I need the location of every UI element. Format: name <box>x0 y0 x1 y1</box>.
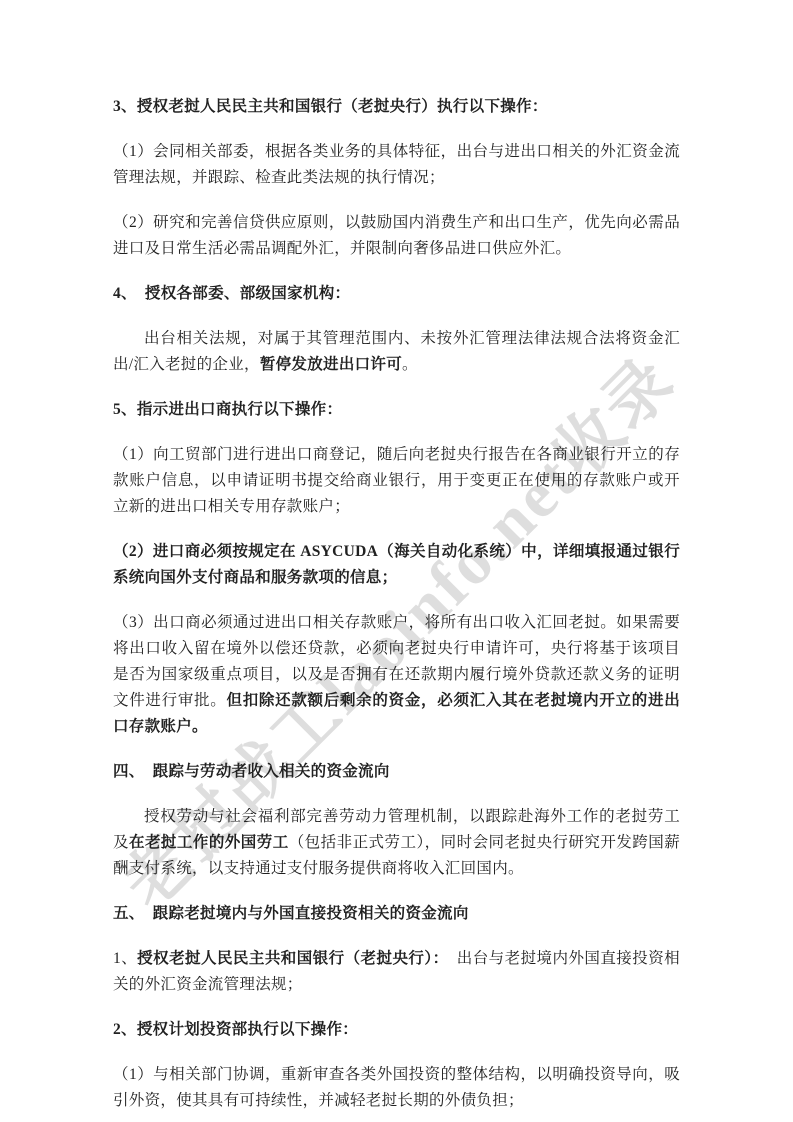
paragraph: （2）研究和完善信贷供应原则，以鼓励国内消费生产和出口生产，优先向必需品进口及日… <box>113 210 680 262</box>
text-run: 五、 跟踪老挝境内与外国直接投资相关的资金流向 <box>113 905 469 922</box>
text-run: （1）会同相关部委，根据各类业务的具体特征，出台与进出口相关的外汇资金流管理法规… <box>113 143 680 186</box>
document-page: 老挝战工laoinfo.net收录 3、授权老挝人民民主共和国银行（老挝央行）执… <box>0 0 793 1122</box>
text-run: 3、授权老挝人民民主共和国银行（老挝央行）执行以下操作： <box>113 98 548 115</box>
section-heading: 3、授权老挝人民民主共和国银行（老挝央行）执行以下操作： <box>113 94 680 120</box>
text-run: 5、指示进出口商执行以下操作： <box>113 401 342 418</box>
text-run: 。 <box>402 356 418 373</box>
paragraph: （1）会同相关部委，根据各类业务的具体特征，出台与进出口相关的外汇资金流管理法规… <box>113 139 680 191</box>
paragraph: 授权劳动与社会福利部完善劳动力管理机制，以跟踪赴海外工作的老挝劳工及在老挝工作的… <box>113 804 680 882</box>
paragraph: 1、授权老挝人民民主共和国银行（老挝央行）： 出台与老挝境内外国直接投资相关的外… <box>113 946 680 998</box>
paragraph: （1）向工贸部门进行进出口商登记，随后向老挝央行报告在各商业银行开立的存款账户信… <box>113 442 680 520</box>
text-run: （2）研究和完善信贷供应原则，以鼓励国内消费生产和出口生产，优先向必需品进口及日… <box>113 214 680 257</box>
document-body: 3、授权老挝人民民主共和国银行（老挝央行）执行以下操作：（1）会同相关部委，根据… <box>0 0 793 1114</box>
paragraph: （3）出口商必须通过进出口相关存款账户，将所有出口收入汇回老挝。如果需要将出口收… <box>113 610 680 740</box>
section-heading: 4、 授权各部委、部级国家机构： <box>113 281 680 307</box>
text-run: （1）与相关部门协调，重新审查各类外国投资的整体结构，以明确投资导向，吸引外资，… <box>113 1066 680 1109</box>
text-run: 暂停发放进出口许可 <box>260 356 402 373</box>
text-run: 四、 跟踪与劳动者收入相关的资金流向 <box>113 763 390 780</box>
section-heading: 5、指示进出口商执行以下操作： <box>113 397 680 423</box>
section-heading: 四、 跟踪与劳动者收入相关的资金流向 <box>113 759 680 785</box>
text-run: 2、授权计划投资部执行以下操作： <box>113 1021 358 1038</box>
paragraph: （2）进口商必须按规定在 ASYCUDA（海关自动化系统）中，详细填报通过银行系… <box>113 539 680 591</box>
paragraph: （1）与相关部门协调，重新审查各类外国投资的整体结构，以明确投资导向，吸引外资，… <box>113 1062 680 1114</box>
text-run: 4、 授权各部委、部级国家机构： <box>113 285 350 302</box>
text-run: 1、 <box>113 950 137 967</box>
section-heading: 2、授权计划投资部执行以下操作： <box>113 1017 680 1043</box>
text-run: 在老挝工作的外国劳工 <box>129 834 289 851</box>
text-run: 授权老挝人民民主共和国银行（老挝央行）： <box>137 950 441 967</box>
text-run: （1）向工贸部门进行进出口商登记，随后向老挝央行报告在各商业银行开立的存款账户信… <box>113 446 680 515</box>
paragraph: 出台相关法规，对属于其管理范围内、未按外汇管理法律法规合法将资金汇出/汇入老挝的… <box>113 326 680 378</box>
section-heading: 五、 跟踪老挝境内与外国直接投资相关的资金流向 <box>113 901 680 927</box>
text-run: （2）进口商必须按规定在 ASYCUDA（海关自动化系统）中，详细填报通过银行系… <box>113 543 680 586</box>
